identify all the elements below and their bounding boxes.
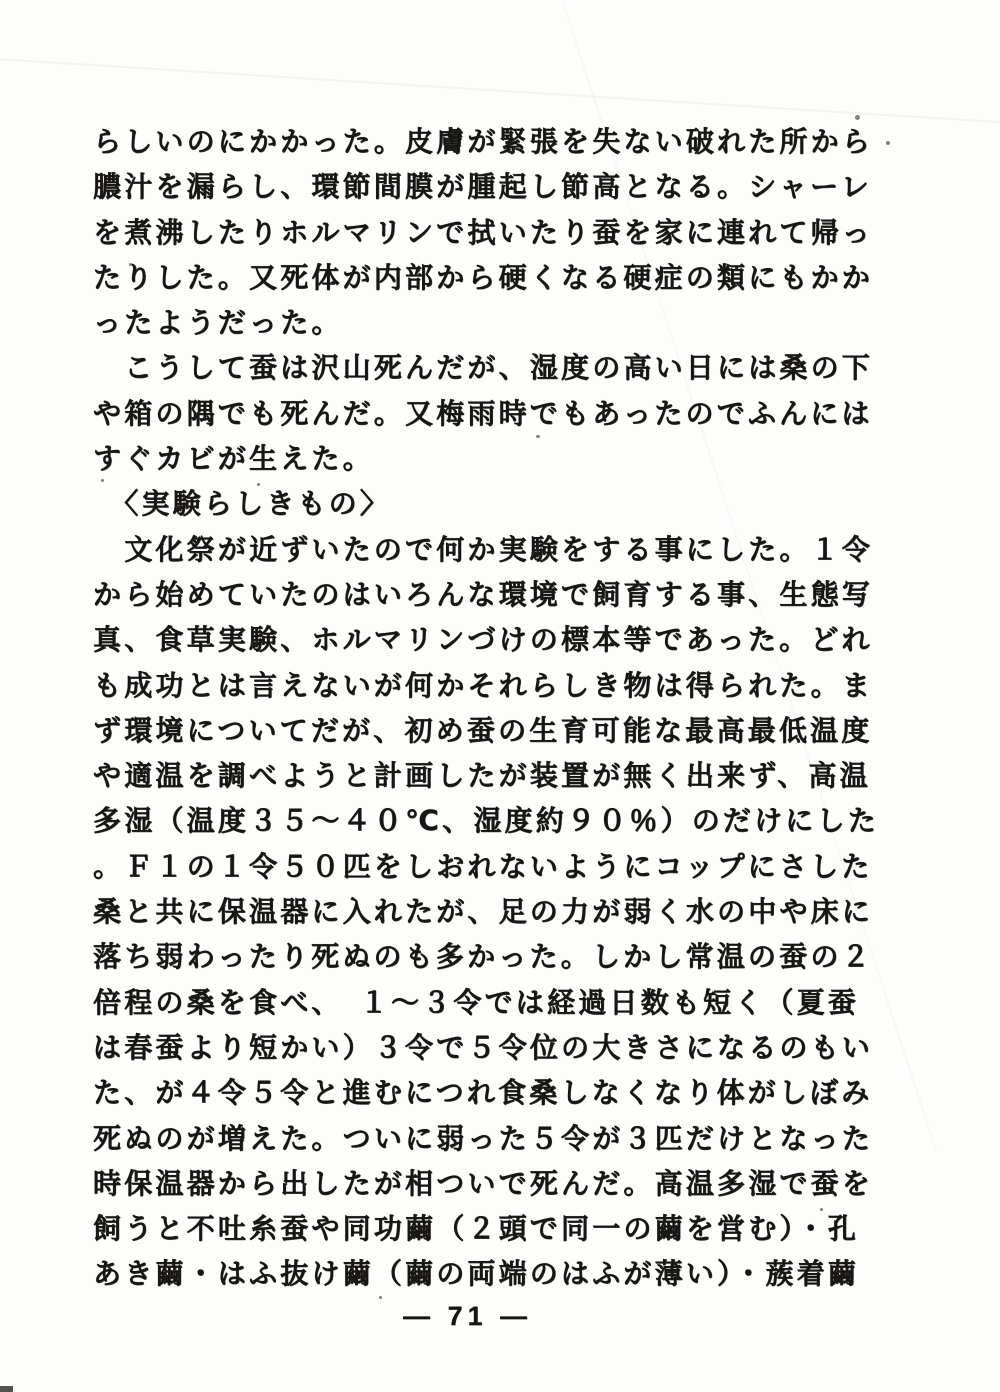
scan-edge-mark bbox=[0, 1386, 13, 1392]
text-line: 膿汁を漏らし、環節間膜が腫起し節高となる。シャーレ bbox=[93, 164, 893, 209]
text-line: すぐカビが生えた。 bbox=[93, 436, 893, 481]
text-line: あき繭・はふ抜け繭（繭の両端のはふが薄い）・蔟着繭 bbox=[93, 1251, 893, 1296]
text-line: たりした。又死体が内部から硬くなる硬症の類にもかか bbox=[93, 255, 893, 300]
text-line: や適温を調べようと計画したが装置が無く出来ず、高温 bbox=[93, 753, 893, 798]
text-line: 時保温器から出したが相ついで死んだ。高温多湿で蚕を bbox=[93, 1161, 893, 1206]
page-number: — 71 — bbox=[0, 1301, 935, 1332]
text-line: 死ぬのが増えた。ついに弱った５令が３匹だけとなった bbox=[93, 1116, 893, 1161]
text-line: 桑と共に保温器に入れたが、足の力が弱く水の中や床に bbox=[93, 889, 893, 934]
scanned-document-page: らしいのにかかった。皮膚が緊張を失ない破れた所から 膿汁を漏らし、環節間膜が腫起… bbox=[0, 0, 1000, 1392]
text-line: 文化祭が近ずいたので何か実験をする事にした。１令 bbox=[93, 527, 893, 572]
text-line: 飼うと不吐糸蚕や同功繭（２頭で同一の繭を営む）・孔 bbox=[93, 1206, 893, 1251]
text-line: は春蚕より短かい）３令で５令位の大きさになるのもい bbox=[93, 1025, 893, 1070]
text-line: こうして蚕は沢山死んだが、湿度の高い日には桑の下 bbox=[93, 345, 893, 390]
text-line: 〈実験らしきもの〉 bbox=[93, 481, 893, 526]
text-line: も成功とは言えないが何かそれらしき物は得られた。ま bbox=[93, 663, 893, 708]
text-line: らしいのにかかった。皮膚が緊張を失ない破れた所から bbox=[93, 119, 893, 164]
text-line: や箱の隅でも死んだ。又梅雨時でもあったのでふんには bbox=[93, 391, 893, 436]
text-line: ず環境についてだが、初め蚕の生育可能な最高最低温度 bbox=[93, 708, 893, 753]
text-line: から始めていたのはいろんな環境で飼育する事、生態写 bbox=[93, 572, 893, 617]
text-line: た、が４令５令と進むにつれ食桑しなくなり体がしぼみ bbox=[93, 1070, 893, 1115]
text-line: を煮沸したりホルマリンで拭いたり蚕を家に連れて帰っ bbox=[93, 210, 893, 255]
text-line: ったようだった。 bbox=[93, 300, 893, 345]
text-line: 多湿（温度３５～４０℃、湿度約９０％）のだけにした bbox=[93, 798, 893, 843]
text-line: 倍程の桑を食べ、 １～３令では経過日数も短く（夏蚕 bbox=[93, 980, 893, 1025]
text-line: 。Ｆ１の１令５０匹をしおれないようにコップにさした bbox=[93, 844, 893, 889]
text-line: 真、食草実験、ホルマリンづけの標本等であった。どれ bbox=[93, 617, 893, 662]
page-text: らしいのにかかった。皮膚が緊張を失ない破れた所から 膿汁を漏らし、環節間膜が腫起… bbox=[93, 119, 893, 1297]
scan-streak-artifact bbox=[0, 57, 1000, 127]
text-line: 落ち弱わったり死ぬのも多かった。しかし常温の蚕の２ bbox=[93, 934, 893, 979]
